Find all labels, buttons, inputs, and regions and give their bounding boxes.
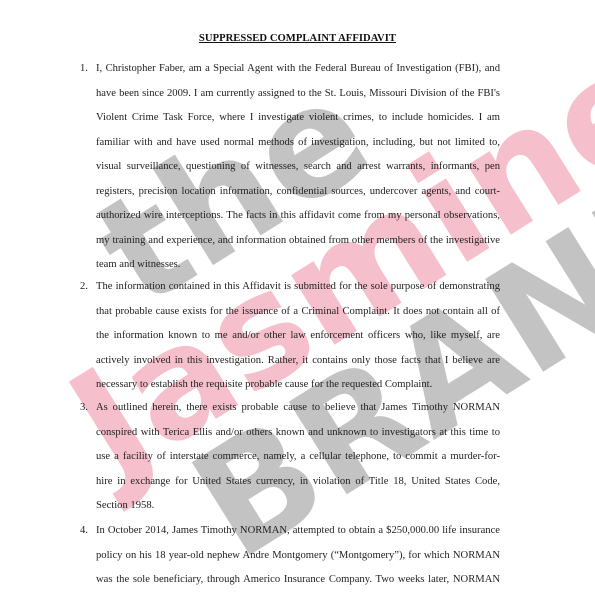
text-line: actively involved in this investigation.… bbox=[96, 349, 500, 374]
text-line: The information contained in this Affida… bbox=[96, 275, 500, 300]
text-line: In October 2014, James Timothy NORMAN, a… bbox=[96, 519, 500, 544]
document-title: SUPPRESSED COMPLAINT AFFIDAVIT bbox=[0, 33, 595, 44]
paragraph-number: 2. bbox=[80, 275, 88, 300]
text-line: the information known to me and/or other… bbox=[96, 324, 500, 349]
text-line: team and witnesses. bbox=[96, 253, 500, 278]
text-line: my training and experience, and informat… bbox=[96, 229, 500, 254]
text-line: was the sole beneficiary, through Americ… bbox=[96, 568, 500, 593]
text-line: authorized wire interceptions. The facts… bbox=[96, 204, 500, 229]
text-line: that probable cause exists for the issua… bbox=[96, 300, 500, 325]
text-line: registers, precision location informatio… bbox=[96, 180, 500, 205]
text-line: necessary to establish the requisite pro… bbox=[96, 373, 500, 398]
paragraph-number: 1. bbox=[80, 57, 88, 82]
paragraph-2: 2. The information contained in this Aff… bbox=[96, 275, 500, 398]
paragraph-4: 4. In October 2014, James Timothy NORMAN… bbox=[96, 519, 500, 593]
paragraph-3: 3. As outlined herein, there exists prob… bbox=[96, 396, 500, 519]
text-line: policy on his 18 year-old nephew Andre M… bbox=[96, 544, 500, 569]
text-line: Violent Crime Task Force, where I invest… bbox=[96, 106, 500, 131]
text-line: conspired with Terica Ellis and/or other… bbox=[96, 421, 500, 446]
text-line: Section 1958. bbox=[96, 494, 500, 519]
document-page: the Jasmine BRAND SUPPRESSED COMPLAINT A… bbox=[0, 0, 595, 595]
text-line: have been since 2009. I am currently ass… bbox=[96, 82, 500, 107]
document-body: SUPPRESSED COMPLAINT AFFIDAVIT 1. I, Chr… bbox=[0, 0, 595, 595]
text-line: I, Christopher Faber, am a Special Agent… bbox=[96, 57, 500, 82]
paragraph-number: 3. bbox=[80, 396, 88, 421]
paragraph-number: 4. bbox=[80, 519, 88, 544]
text-line: familiar with and have used normal metho… bbox=[96, 131, 500, 156]
paragraph-1: 1. I, Christopher Faber, am a Special Ag… bbox=[96, 57, 500, 278]
text-line: visual surveillance, questioning of witn… bbox=[96, 155, 500, 180]
text-line: hire in exchange for United States curre… bbox=[96, 470, 500, 495]
text-line: use a facility of interstate commerce, n… bbox=[96, 445, 500, 470]
text-line: As outlined herein, there exists probabl… bbox=[96, 396, 500, 421]
